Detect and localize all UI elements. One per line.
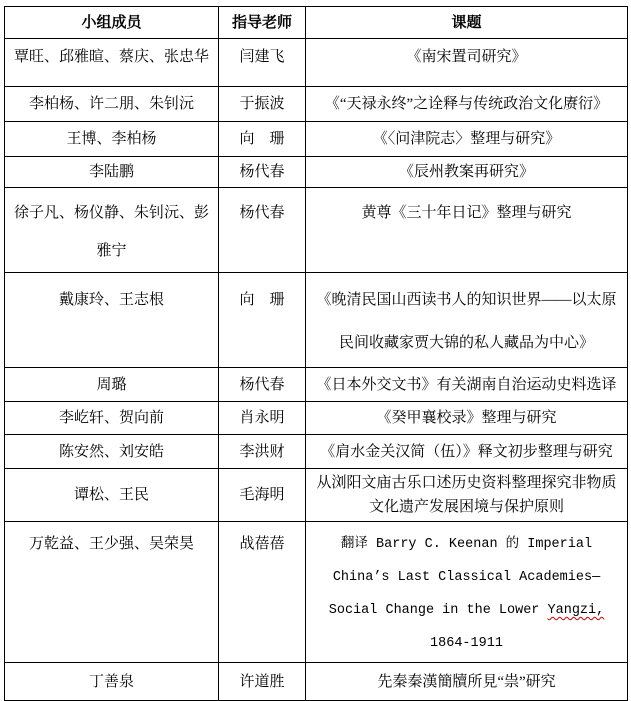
table-row: 丁善泉 许道胜 先秦秦漢簡牘所見“祟”研究	[5, 663, 628, 701]
topic-cell: 先秦秦漢簡牘所見“祟”研究	[306, 663, 628, 701]
advisor-cell: 杨代春	[219, 188, 306, 273]
members-cell: 陈安然、刘安皓	[5, 435, 219, 469]
table-row: 李陆鹏 杨代春 《辰州教案再研究》	[5, 157, 628, 188]
topic-cell: 翻译 Barry C. Keenan 的 Imperial China’s La…	[306, 522, 628, 663]
members-cell: 王博、李柏杨	[5, 122, 219, 157]
advisor-cell: 杨代春	[219, 157, 306, 188]
table-row: 覃旺、邱雅暄、蔡庆、张忠华 闫建飞 《南宋置司研究》	[5, 39, 628, 87]
topic-cell: 《辰州教案再研究》	[306, 157, 628, 188]
members-cell: 徐子凡、杨仪静、朱钊沅、彭雅宁	[5, 188, 219, 273]
topic-text: 1864-1911	[430, 636, 503, 651]
table-row: 徐子凡、杨仪静、朱钊沅、彭雅宁 杨代春 黄尊《三十年日记》整理与研究	[5, 188, 628, 273]
table-row: 王博、李柏杨 向 珊 《〈问津院志〉整理与研究》	[5, 122, 628, 157]
document-page: 小组成员 指导老师 课题 覃旺、邱雅暄、蔡庆、张忠华 闫建飞 《南宋置司研究》 …	[0, 0, 631, 624]
table-row: 周璐 杨代春 《日本外交文书》有关湖南自治运动史料选译	[5, 368, 628, 402]
advisor-cell: 李洪财	[219, 435, 306, 469]
members-cell: 丁善泉	[5, 663, 219, 701]
advisor-cell: 向 珊	[219, 122, 306, 157]
table-row: 万乾益、王少强、吴荣昊 战蓓蓓 翻译 Barry C. Keenan 的 Imp…	[5, 522, 628, 663]
misspelled-word: Yangzi,	[548, 603, 605, 618]
advisor-cell: 于振波	[219, 87, 306, 122]
table-row: 谭松、王民 毛海明 从浏阳文庙古乐口述历史资料整理探究非物质文化遗产发展困境与保…	[5, 469, 628, 522]
topic-cell: 黄尊《三十年日记》整理与研究	[306, 188, 628, 273]
research-topics-table: 小组成员 指导老师 课题 覃旺、邱雅暄、蔡庆、张忠华 闫建飞 《南宋置司研究》 …	[4, 6, 628, 701]
advisor-cell: 战蓓蓓	[219, 522, 306, 663]
members-cell: 周璐	[5, 368, 219, 402]
members-cell: 李柏杨、许二朋、朱钊沅	[5, 87, 219, 122]
members-cell: 谭松、王民	[5, 469, 219, 522]
topic-cell: 《〈问津院志〉整理与研究》	[306, 122, 628, 157]
topic-cell: 《“天禄永终”之诠释与传统政治文化赓衍》	[306, 87, 628, 122]
members-cell: 覃旺、邱雅暄、蔡庆、张忠华	[5, 39, 219, 87]
column-header-members: 小组成员	[5, 7, 219, 39]
table-row: 李柏杨、许二朋、朱钊沅 于振波 《“天禄永终”之诠释与传统政治文化赓衍》	[5, 87, 628, 122]
topic-cell: 《肩水金关汉简（伍）》释文初步整理与研究	[306, 435, 628, 469]
advisor-cell: 毛海明	[219, 469, 306, 522]
members-cell: 万乾益、王少强、吴荣昊	[5, 522, 219, 663]
advisor-cell: 杨代春	[219, 368, 306, 402]
advisor-cell: 肖永明	[219, 402, 306, 435]
table-row: 陈安然、刘安皓 李洪财 《肩水金关汉简（伍）》释文初步整理与研究	[5, 435, 628, 469]
column-header-advisor: 指导老师	[219, 7, 306, 39]
advisor-cell: 闫建飞	[219, 39, 306, 87]
members-cell: 李陆鹏	[5, 157, 219, 188]
topic-cell: 从浏阳文庙古乐口述历史资料整理探究非物质文化遗产发展困境与保护原则	[306, 469, 628, 522]
topic-cell: 《晚清民国山西读书人的知识世界——以太原民间收藏家贾大锦的私人藏品为中心》	[306, 273, 628, 368]
table-row: 戴康玲、王志根 向 珊 《晚清民国山西读书人的知识世界——以太原民间收藏家贾大锦…	[5, 273, 628, 368]
advisor-cell: 许道胜	[219, 663, 306, 701]
header-row: 小组成员 指导老师 课题	[5, 7, 628, 39]
members-cell: 戴康玲、王志根	[5, 273, 219, 368]
topic-cell: 《癸甲襄校录》整理与研究	[306, 402, 628, 435]
topic-cell: 《南宋置司研究》	[306, 39, 628, 87]
advisor-cell: 向 珊	[219, 273, 306, 368]
topic-cell: 《日本外交文书》有关湖南自治运动史料选译	[306, 368, 628, 402]
table-row: 李屹轩、贺向前 肖永明 《癸甲襄校录》整理与研究	[5, 402, 628, 435]
members-cell: 李屹轩、贺向前	[5, 402, 219, 435]
column-header-topic: 课题	[306, 7, 628, 39]
